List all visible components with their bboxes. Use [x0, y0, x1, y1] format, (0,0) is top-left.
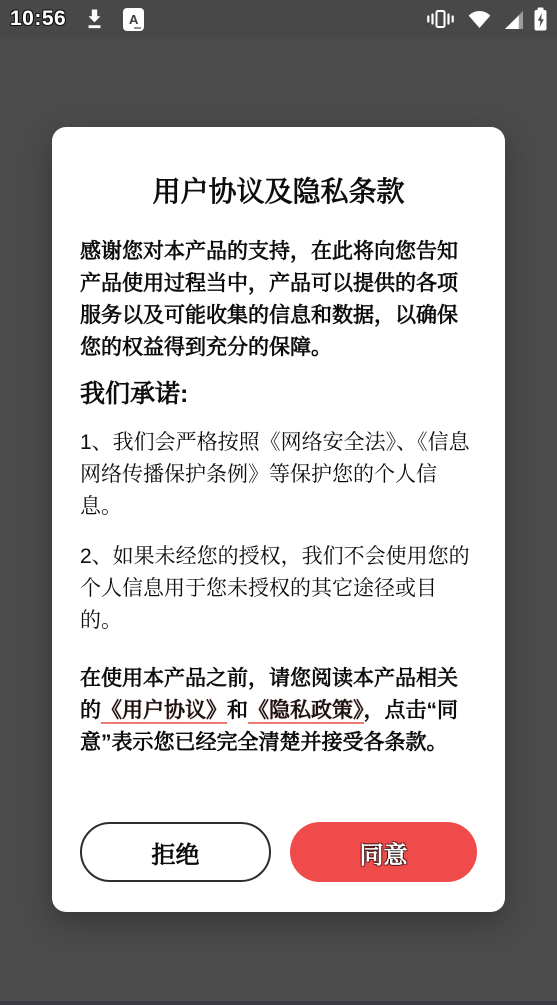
download-icon: [83, 7, 106, 32]
footer-text-mid: 和: [227, 699, 248, 722]
navigation-bar-strip: [0, 1001, 557, 1005]
status-bar-left: 10:56 A: [10, 7, 144, 32]
agree-button[interactable]: 同意: [290, 822, 477, 882]
status-bar-right: [425, 7, 547, 31]
letter-a-badge-icon: A: [123, 8, 144, 31]
phone-screen: 10:56 A: [0, 0, 557, 1005]
intro-paragraph: 感谢您对本产品的支持，在此将向您告知产品使用过程当中，产品可以提供的各项服务以及…: [80, 236, 477, 364]
user-agreement-link[interactable]: 《用户协议》: [101, 699, 227, 724]
battery-charging-icon: [534, 7, 547, 31]
promise-item-2: 2、如果未经您的授权，我们不会使用您的个人信息用于您未授权的其它途径或目的。: [80, 541, 477, 637]
letter-a-badge-subtext: [134, 27, 141, 29]
cellular-signal-icon: [503, 9, 524, 30]
privacy-agreement-dialog: 用户协议及隐私条款 感谢您对本产品的支持，在此将向您告知产品使用过程当中，产品可…: [52, 127, 505, 912]
privacy-policy-link[interactable]: 《隐私政策》: [248, 699, 364, 724]
vibrate-icon: [425, 7, 456, 31]
clock-text: 10:56: [10, 7, 66, 31]
dialog-buttons-row: 拒绝 同意: [80, 822, 477, 882]
dialog-title: 用户协议及隐私条款: [80, 175, 477, 209]
reject-button[interactable]: 拒绝: [80, 822, 271, 882]
footer-paragraph: 在使用本产品之前，请您阅读本产品相关的《用户协议》和《隐私政策》，点击“同意”表…: [80, 663, 477, 759]
letter-a-glyph: A: [129, 12, 138, 27]
status-bar: 10:56 A: [0, 0, 557, 38]
wifi-icon: [466, 8, 493, 30]
promise-heading: 我们承诺:: [80, 379, 477, 409]
promise-item-1: 1、我们会严格按照《网络安全法》、《信息网络传播保护条例》等保护您的个人信息。: [80, 427, 477, 523]
